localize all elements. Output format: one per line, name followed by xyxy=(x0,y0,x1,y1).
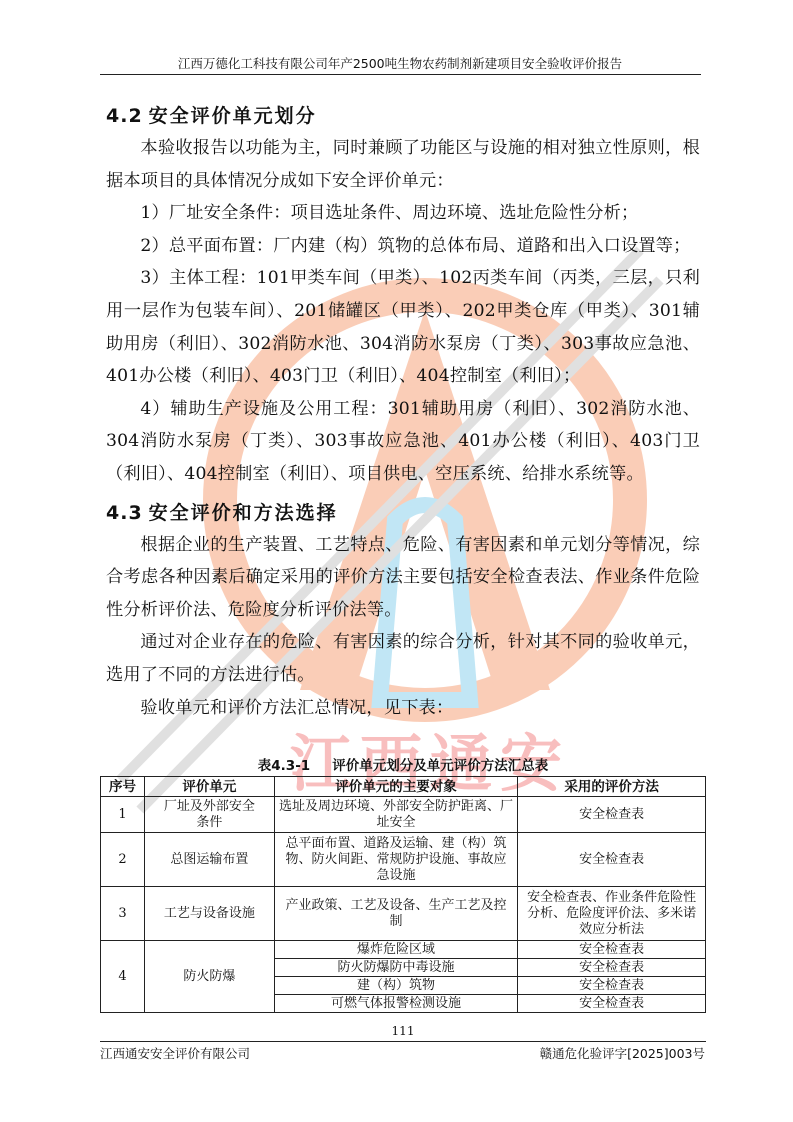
cell-methods: 安全检查表 xyxy=(518,833,706,887)
list-item: 3）主体工程：101甲类车间（甲类）、102丙类车间（丙类，三层，只利用一层作为… xyxy=(106,262,700,392)
paragraph: 通过对企业存在的危险、有害因素的综合分析，针对其不同的验收单元，选用了不同的方法… xyxy=(106,626,700,691)
table-header-row: 序号 评价单元 评价单元的主要对象 采用的评价方法 xyxy=(101,777,706,797)
cell-objects: 总平面布置、道路及运输、建（构）筑物、防火间距、常规防护设施、事故应急设施 xyxy=(274,833,518,887)
table-row: 3 工艺与设备设施 产业政策、工艺及设备、生产工艺及控制 安全检查表、作业条件危… xyxy=(101,887,706,941)
running-header: 江西万德化工科技有限公司年产2500吨生物农药制剂新建项目安全验收评价报告 xyxy=(100,54,700,72)
cell-objects: 选址及周边环境、外部安全防护距离、厂址安全 xyxy=(274,797,518,833)
section-number: 4.3 xyxy=(106,502,143,524)
cell-seq: 2 xyxy=(101,833,145,887)
table-row: 2 总图运输布置 总平面布置、道路及运输、建（构）筑物、防火间距、常规防护设施、… xyxy=(101,833,706,887)
cell-methods: 安全检查表 xyxy=(518,941,706,959)
cell-objects: 可燃气体报警检测设施 xyxy=(274,995,518,1013)
section-number: 4.2 xyxy=(106,105,143,127)
list-item: 2）总平面布置：厂内建（构）筑物的总体布局、道路和出入口设置等； xyxy=(106,230,700,263)
section-heading-4-3: 4.3安全评价和方法选择 xyxy=(106,497,700,529)
paragraph: 验收单元和评价方法汇总情况，见下表： xyxy=(106,692,700,725)
cell-unit: 工艺与设备设施 xyxy=(144,887,274,941)
section-title: 安全评价和方法选择 xyxy=(149,502,338,524)
header-divider xyxy=(100,74,701,75)
table-caption: 表4.3-1评价单元划分及单元评价方法汇总表 xyxy=(100,754,706,774)
list-item: 1）厂址安全条件：项目选址条件、周边环境、选址危险性分析； xyxy=(106,197,700,230)
cell-objects: 产业政策、工艺及设备、生产工艺及控制 xyxy=(274,887,518,941)
list-item: 4）辅助生产设施及公用工程：301辅助用房（利旧）、302消防水池、304消防水… xyxy=(106,393,700,491)
column-header-methods: 采用的评价方法 xyxy=(518,777,706,797)
footer-report-number: 赣通危化验评字[2025]003号 xyxy=(540,1044,705,1062)
evaluation-unit-table: 序号 评价单元 评价单元的主要对象 采用的评价方法 1 厂址及外部安全条件 选址… xyxy=(100,776,706,1013)
cell-unit: 总图运输布置 xyxy=(144,833,274,887)
paragraph: 根据企业的生产装置、工艺特点、危险、有害因素和单元划分等情况，综合考虑各种因素后… xyxy=(106,529,700,627)
cell-methods: 安全检查表、作业条件危险性分析、危险度评价法、多米诺效应分析法 xyxy=(518,887,706,941)
table-row: 1 厂址及外部安全条件 选址及周边环境、外部安全防护距离、厂址安全 安全检查表 xyxy=(101,797,706,833)
cell-seq: 4 xyxy=(101,941,145,1013)
table-caption-number: 表4.3-1 xyxy=(258,758,310,774)
footer-company: 江西通安安全评价有限公司 xyxy=(100,1044,250,1062)
body-content: 4.2安全评价单元划分 本验收报告以功能为主，同时兼顾了功能区与设施的相对独立性… xyxy=(106,100,700,724)
cell-objects: 防火防爆防中毒设施 xyxy=(274,959,518,977)
cell-seq: 1 xyxy=(101,797,145,833)
cell-objects: 建（构）筑物 xyxy=(274,977,518,995)
section-heading-4-2: 4.2安全评价单元划分 xyxy=(106,100,700,132)
column-header-objects: 评价单元的主要对象 xyxy=(274,777,518,797)
page-number: 111 xyxy=(100,1024,706,1038)
section-title: 安全评价单元划分 xyxy=(149,105,317,127)
cell-methods: 安全检查表 xyxy=(518,797,706,833)
cell-objects: 爆炸危险区域 xyxy=(274,941,518,959)
paragraph: 本验收报告以功能为主，同时兼顾了功能区与设施的相对独立性原则，根据本项目的具体情… xyxy=(106,132,700,197)
cell-methods: 安全检查表 xyxy=(518,995,706,1013)
column-header-unit: 评价单元 xyxy=(144,777,274,797)
cell-methods: 安全检查表 xyxy=(518,959,706,977)
table-caption-title: 评价单元划分及单元评价方法汇总表 xyxy=(332,758,548,774)
footer-divider xyxy=(100,1041,706,1042)
cell-seq: 3 xyxy=(101,887,145,941)
cell-unit: 厂址及外部安全条件 xyxy=(144,797,274,833)
column-header-seq: 序号 xyxy=(101,777,145,797)
cell-methods: 安全检查表 xyxy=(518,977,706,995)
table-row: 4 防火防爆 爆炸危险区域 安全检查表 xyxy=(101,941,706,959)
cell-unit: 防火防爆 xyxy=(144,941,274,1013)
